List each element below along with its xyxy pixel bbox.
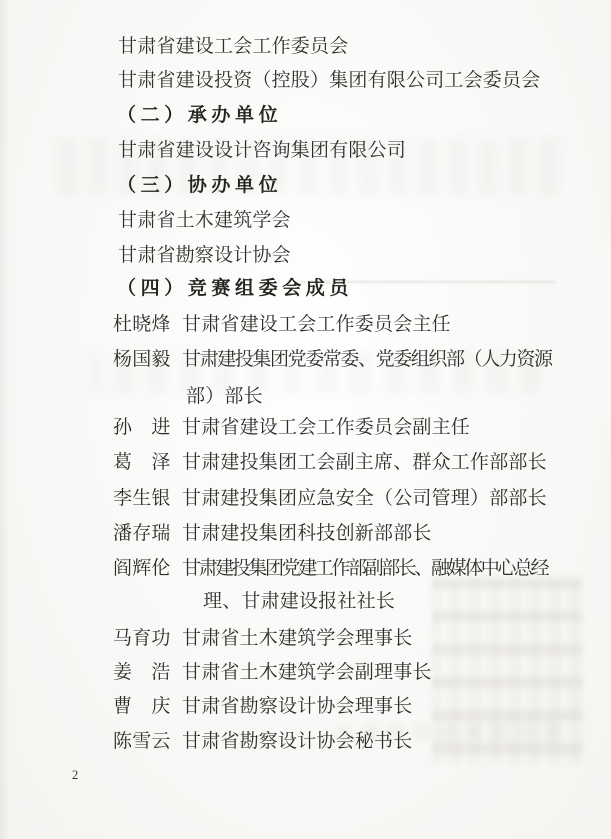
member-title: 甘肃省勘察设计协会理事长 [182, 696, 412, 718]
member-title: 甘肃建投集团工会副主席、群众工作部部长 [182, 452, 547, 474]
section-heading-committee: （四）竞赛组委会成员 [117, 278, 353, 300]
member-title: 甘肃省勘察设计协会秘书长 [182, 731, 412, 753]
coorganizer-unit-line: 甘肃省勘察设计协会 [118, 245, 291, 267]
member-title: 甘肃省建设工会工作委员会副主任 [182, 417, 470, 439]
member-title: 甘肃省建设工会工作委员会主任 [182, 314, 451, 336]
member-name: 杨国毅 [113, 349, 170, 371]
section-heading-organizer: （二）承办单位 [117, 105, 282, 127]
member-row: 陈雪云甘肃省勘察设计协会秘书长 [113, 731, 412, 753]
member-row: 杨国毅甘肃建投集团党委常委、党委组织部（人力资源 [113, 349, 552, 371]
member-row: 潘存瑞甘肃建投集团科技创新部部长 [113, 523, 432, 545]
bleedthrough-artifact [432, 578, 582, 764]
member-name: 阎辉伦 [113, 558, 170, 580]
member-row: 李生银甘肃建投集团应急安全（公司管理）部部长 [113, 488, 547, 510]
member-row: 孙 进甘肃省建设工会工作委员会副主任 [113, 417, 470, 439]
member-title: 甘肃建投集团党建工作部副部长、融媒体中心总经 [182, 558, 547, 580]
organizer-unit-line: 甘肃省建设设计咨询集团有限公司 [118, 140, 406, 162]
member-name: 马育功 [113, 628, 170, 650]
host-unit-line: 甘肃省建设工会工作委员会 [118, 36, 348, 58]
member-name: 潘存瑞 [113, 523, 170, 545]
member-row: 姜 浩甘肃省土木建筑学会副理事长 [113, 662, 432, 684]
member-row: 马育功甘肃省土木建筑学会理事长 [113, 628, 412, 650]
member-name: 李生银 [113, 488, 170, 510]
scan-edge-shadow [0, 0, 10, 839]
member-name: 孙 进 [113, 417, 170, 439]
member-name: 姜 浩 [113, 662, 170, 684]
member-row: 葛 泽甘肃建投集团工会副主席、群众工作部部长 [113, 452, 547, 474]
section-heading-coorganizer: （三）协办单位 [117, 175, 282, 197]
member-name: 葛 泽 [113, 452, 170, 474]
member-name: 陈雪云 [113, 731, 170, 753]
member-title: 甘肃建投集团应急安全（公司管理）部部长 [182, 488, 547, 510]
member-title: 甘肃建投集团党委常委、党委组织部（人力资源 [182, 349, 552, 371]
member-title: 甘肃省土木建筑学会副理事长 [182, 662, 432, 684]
member-title-continuation: 理、甘肃建设报社社长 [203, 591, 395, 613]
member-row: 曹 庆甘肃省勘察设计协会理事长 [113, 696, 412, 718]
host-unit-line: 甘肃省建设投资（控股）集团有限公司工会委员会 [118, 70, 540, 92]
member-title: 甘肃省土木建筑学会理事长 [182, 628, 412, 650]
member-row: 杜晓烽甘肃省建设工会工作委员会主任 [113, 314, 451, 336]
member-name: 杜晓烽 [113, 314, 170, 336]
member-name: 曹 庆 [113, 696, 170, 718]
member-title-continuation: 部）部长 [186, 386, 263, 408]
coorganizer-unit-line: 甘肃省土木建筑学会 [118, 210, 291, 232]
member-row: 阎辉伦甘肃建投集团党建工作部副部长、融媒体中心总经 [113, 558, 547, 580]
document-page: 甘肃省建设工会工作委员会 甘肃省建设投资（控股）集团有限公司工会委员会 （二）承… [0, 0, 611, 839]
member-title: 甘肃建投集团科技创新部部长 [182, 523, 432, 545]
page-number: 2 [72, 768, 78, 783]
